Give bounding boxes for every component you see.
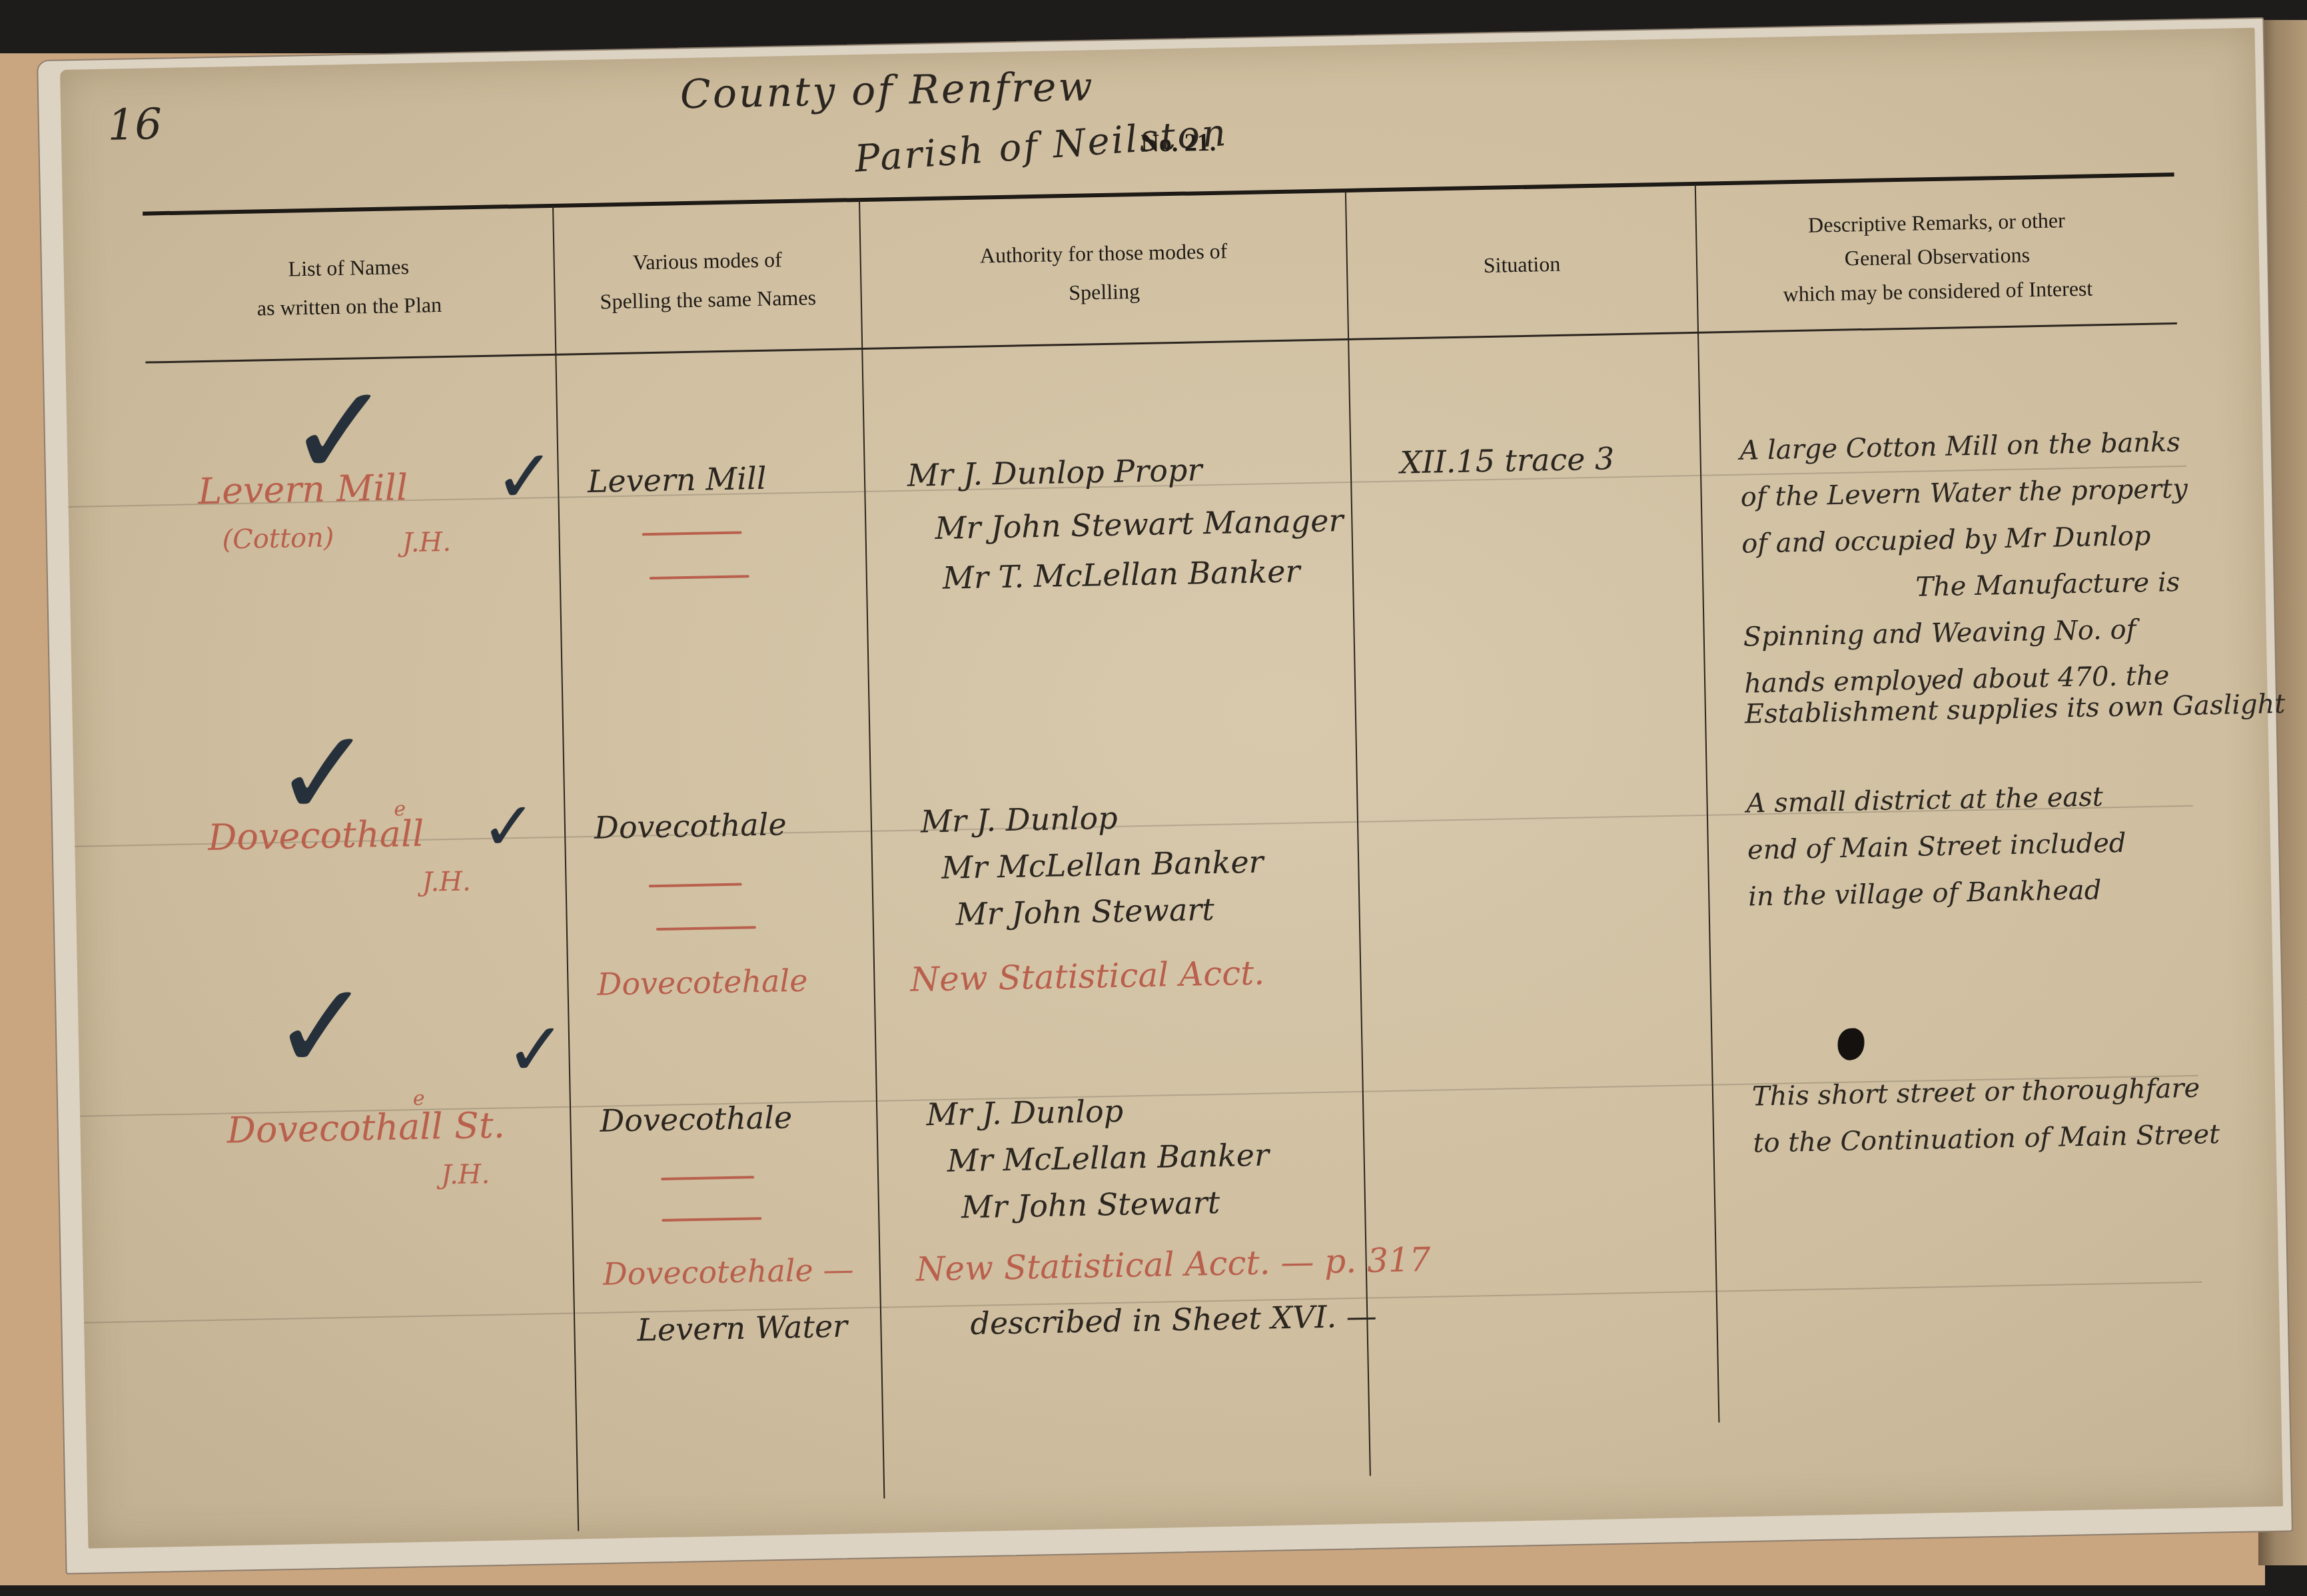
authority: New Statistical Acct. — p. 317: [915, 1243, 1431, 1286]
name-book-page: 16 County of Renfrew Parish of Neilston …: [60, 28, 2283, 1549]
page-number: 16: [107, 100, 163, 151]
check-mark-icon: ✓: [504, 1006, 568, 1093]
authority: Mr McLellan Banker: [947, 1139, 1269, 1176]
column-divider: [1345, 191, 1371, 1476]
plan-name: Levern Mill: [198, 470, 408, 510]
authority: Mr J. Dunlop: [926, 1096, 1124, 1130]
ditto-mark: [661, 1176, 754, 1180]
remarks: A small district at the east end of Main…: [1746, 783, 2127, 931]
ditto-mark: [662, 1217, 761, 1222]
spelling: Levern Water: [637, 1311, 847, 1346]
authority: described in Sheet XVI. —: [970, 1300, 1377, 1339]
initials: J.H.: [441, 1161, 490, 1188]
authority: Mr John Stewart: [955, 894, 1214, 929]
ink-blot: [1837, 1028, 1865, 1060]
remarks: A large Cotton Mill on the banks of the …: [1739, 427, 2286, 747]
authority: New Statistical Acct.: [910, 957, 1265, 997]
entry-levern-mill: ✓ ✓ Levern Mill (Cotton) J.H. Levern Mil…: [60, 28, 2254, 70]
authority: Mr John Stewart Manager: [935, 505, 1344, 544]
form-number: No. 21.: [1141, 128, 1216, 159]
ditto-mark: [650, 575, 749, 580]
authority: Mr J. Dunlop Propr: [907, 454, 1202, 490]
entry-dovecothall-street: ✓ ✓ e Dovecothall St. J.H. Dovecothale D…: [60, 28, 2254, 70]
county-title: County of Renfrew: [680, 63, 1095, 118]
plan-name-note: (Cotton): [222, 524, 334, 553]
ditto-mark: [649, 883, 742, 888]
header-situation: Situation: [1346, 199, 1697, 332]
plan-name: Dovecothall St.: [227, 1107, 505, 1148]
column-divider: [1695, 184, 1720, 1423]
spelling: Dovecothale: [594, 809, 787, 843]
spelling: Dovecotehale: [597, 965, 808, 1000]
check-mark-icon: ✓: [494, 434, 557, 520]
check-mark-icon: ✓: [480, 787, 538, 866]
header-authority: Authority for those modes of Spelling: [860, 205, 1348, 341]
header-list-of-names: List of Names as written on the Plan: [143, 220, 556, 355]
authority: Mr McLellan Banker: [941, 847, 1264, 883]
ditto-mark: [642, 531, 742, 536]
spelling: Dovecothale: [600, 1102, 793, 1136]
header-various-modes: Various modes of Spelling the same Names: [554, 214, 861, 347]
authority: Mr John Stewart: [961, 1187, 1220, 1222]
authority: Mr T. McLellan Banker: [942, 556, 1300, 593]
column-divider: [859, 200, 885, 1499]
check-mark-icon: ✓: [270, 957, 374, 1098]
situation: XII.15 trace 3: [1400, 443, 1614, 478]
spelling: Dovecotehale —: [602, 1254, 853, 1289]
header-remarks: Descriptive Remarks, or other General Ob…: [1696, 189, 2178, 325]
entry-dovecothall: ✓ ✓ e Dovecothall J.H. Dovecothale Dovec…: [60, 28, 2254, 70]
column-divider: [552, 206, 579, 1531]
ditto-mark: [656, 926, 756, 931]
initials: J.H.: [422, 868, 471, 895]
spelling: Levern Mill: [588, 463, 767, 497]
plan-name: Dovecothall: [208, 816, 424, 856]
initials: J.H.: [402, 529, 451, 556]
remarks: This short street or thoroughfare to the…: [1752, 1074, 2220, 1176]
authority: Mr J. Dunlop: [920, 803, 1118, 837]
